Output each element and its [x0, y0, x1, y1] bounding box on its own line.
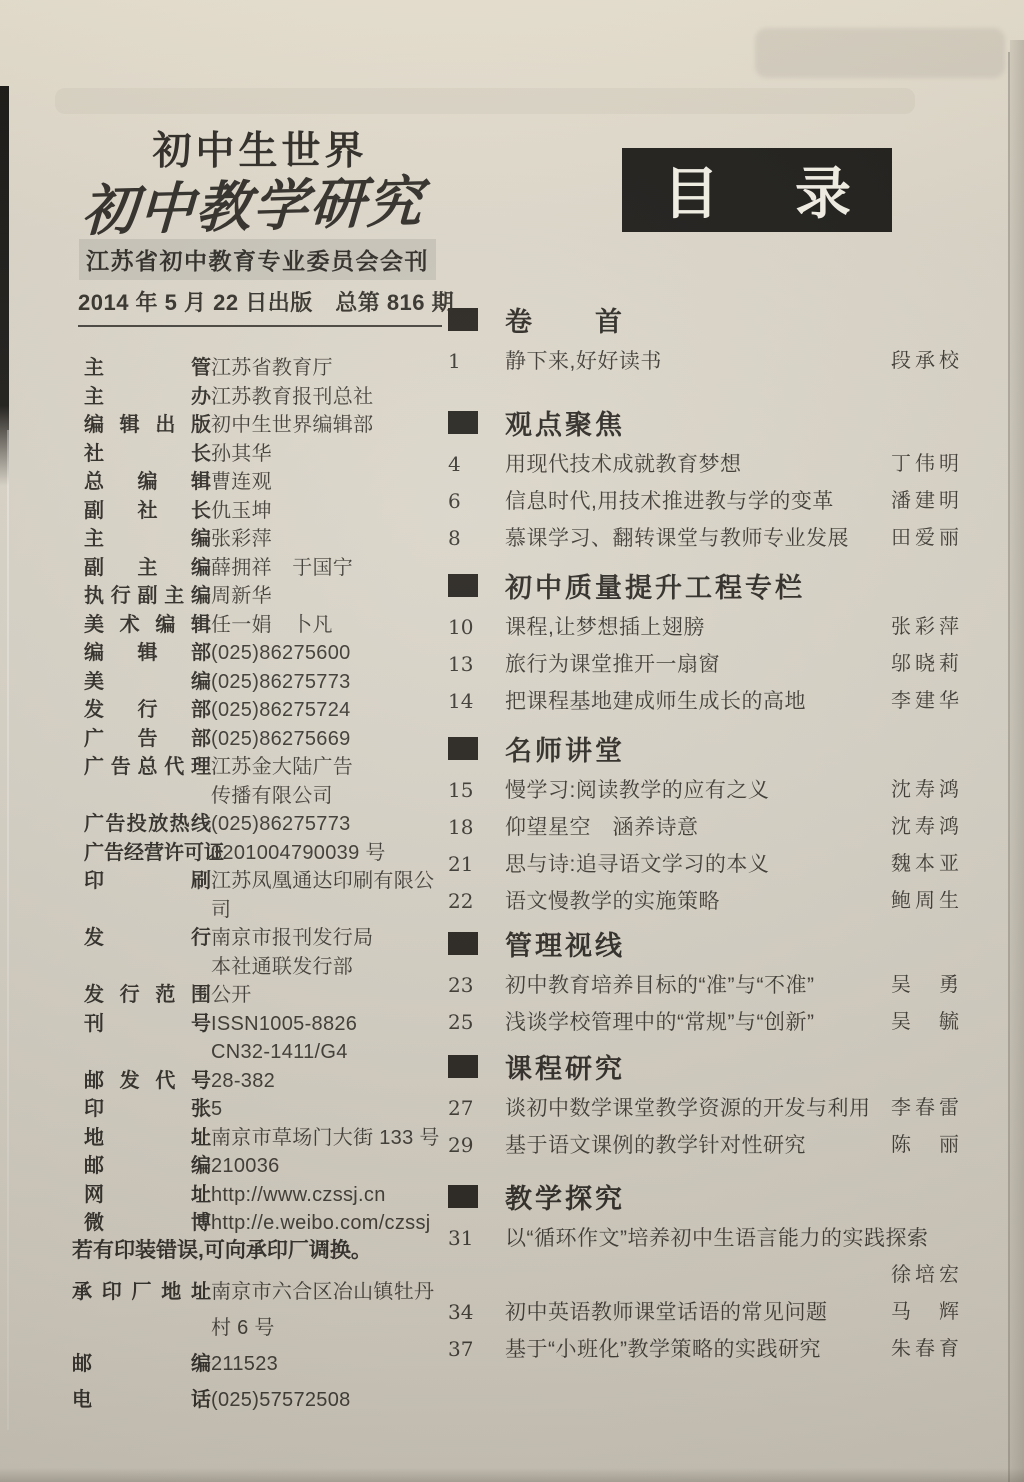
- section-items: 4 用现代技术成就教育梦想 丁伟明 6 信息时代,用技术推进教与学的变革 潘建明…: [448, 446, 993, 557]
- item-page-number: 23: [448, 967, 505, 1004]
- item-page-number: 15: [448, 772, 505, 809]
- item-author: 潘建明: [891, 483, 993, 520]
- section-title: 名师讲堂: [505, 729, 625, 768]
- masthead-value: (025)57572508: [211, 1382, 452, 1418]
- masthead-label: 网址: [84, 1181, 211, 1210]
- masthead-label: 印刷: [84, 867, 211, 924]
- masthead-value: 3201004790039 号: [211, 839, 444, 868]
- toc-item: 18 仰望星空 涵养诗意 沈寿鸿: [448, 809, 993, 846]
- masthead-value: 南京市六合区冶山镇牡丹村 6 号: [211, 1274, 452, 1346]
- section-items: 10 课程,让梦想插上翅膀 张彩萍 13 旅行为课堂推开一扇窗 邬晓莉 14 把…: [448, 609, 993, 720]
- masthead-value: 公开: [211, 981, 444, 1010]
- masthead-row: 邮编 210036: [84, 1152, 444, 1181]
- item-title: 基于“小班化”教学策略的实践研究: [505, 1331, 891, 1368]
- item-page-number: 6: [448, 483, 505, 520]
- toc-item: 14 把课程基地建成师生成长的高地 李建华: [448, 683, 993, 720]
- masthead-label: 印张: [84, 1095, 211, 1124]
- section-header: 课程研究: [448, 1047, 993, 1085]
- item-page-number: 14: [448, 683, 505, 720]
- toc-section: 教学探究 31 以“循环作文”培养初中生语言能力的实践探索 徐培宏 34 初中英…: [448, 1177, 993, 1368]
- masthead-value: 任一娟 卜凡: [211, 611, 444, 640]
- masthead-label: 广告部: [84, 725, 211, 754]
- masthead-label: 邮编: [84, 1152, 211, 1181]
- page-edge-shade: [1010, 40, 1024, 1482]
- item-page-number: 1: [448, 343, 505, 380]
- item-page-number: 8: [448, 520, 505, 557]
- masthead-label: 地址: [84, 1124, 211, 1153]
- black-square-icon: [448, 737, 478, 760]
- masthead-value: (025)86275773: [211, 810, 444, 839]
- section-items: 15 慢学习:阅读教学的应有之义 沈寿鸿 18 仰望星空 涵养诗意 沈寿鸿 21…: [448, 772, 993, 920]
- masthead-info-list: 主管 江苏省教育厅 主办 江苏教育报刊总社 编辑出版 初中生世界编辑部 社长 孙…: [84, 354, 444, 1238]
- item-page-number: 27: [448, 1090, 505, 1127]
- item-author: 吴 勇: [891, 967, 993, 1004]
- masthead-value: 211523: [211, 1346, 452, 1382]
- section-title: 初中质量提升工程专栏: [505, 566, 805, 605]
- item-title: 静下来,好好读书: [505, 343, 891, 380]
- toc-item: 1 静下来,好好读书 段承校: [448, 343, 993, 380]
- section-title: 卷 首: [505, 300, 625, 339]
- masthead-row: 发行部 (025)86275724: [84, 696, 444, 725]
- masthead-label: 总编辑: [84, 468, 211, 497]
- section-items: 27 谈初中数学课堂教学资源的开发与利用 李春雷 29 基于语文课例的教学针对性…: [448, 1090, 993, 1164]
- item-page-number: 21: [448, 846, 505, 883]
- masthead-label: 主办: [84, 383, 211, 412]
- section-items: 31 以“循环作文”培养初中生语言能力的实践探索 徐培宏 34 初中英语教师课堂…: [448, 1220, 993, 1368]
- masthead-value: 初中生世界编辑部: [211, 411, 444, 440]
- masthead-row: 广告经营许可证 3201004790039 号: [84, 839, 444, 868]
- masthead-label: 副主编: [84, 554, 211, 583]
- toc-item: 22 语文慢教学的实施策略 鲍周生: [448, 883, 993, 920]
- masthead-value: 28-382: [211, 1067, 444, 1096]
- masthead-label: 邮发代号: [84, 1067, 211, 1096]
- toc-section: 管理视线 23 初中教育培养目标的“准”与“不准” 吴 勇 25 浅谈学校管理中…: [448, 924, 993, 1041]
- masthead-row: 承印厂地址 南京市六合区冶山镇牡丹村 6 号: [72, 1274, 452, 1346]
- masthead-value: 210036: [211, 1152, 444, 1181]
- masthead-value: 江苏省教育厅: [211, 354, 444, 383]
- item-title: 谈初中数学课堂教学资源的开发与利用: [505, 1090, 891, 1127]
- item-title: 语文慢教学的实施策略: [505, 883, 891, 920]
- item-title: 初中教育培养目标的“准”与“不准”: [505, 967, 891, 1004]
- masthead-value: 南京市草场门大街 133 号: [211, 1124, 444, 1153]
- toc-item: 34 初中英语教师课堂话语的常见问题 马 辉: [448, 1294, 993, 1331]
- masthead-row: 广告部 (025)86275669: [84, 725, 444, 754]
- toc-section: 初中质量提升工程专栏 10 课程,让梦想插上翅膀 张彩萍 13 旅行为课堂推开一…: [448, 566, 993, 720]
- masthead-label: 主编: [84, 525, 211, 554]
- masthead-row: 刊号 ISSN1005-8826 CN32-1411/G4: [84, 1010, 444, 1067]
- toc-item: 6 信息时代,用技术推进教与学的变革 潘建明: [448, 483, 993, 520]
- toc-item: 27 谈初中数学课堂教学资源的开发与利用 李春雷: [448, 1090, 993, 1127]
- section-header: 管理视线: [448, 924, 993, 962]
- masthead-label: 主管: [84, 354, 211, 383]
- item-title: 信息时代,用技术推进教与学的变革: [505, 483, 891, 520]
- masthead-value: 5: [211, 1095, 444, 1124]
- masthead-label: 编辑部: [84, 639, 211, 668]
- masthead-value: (025)86275600: [211, 639, 444, 668]
- masthead-row: 副主编 薛拥祥 于国宁: [84, 554, 444, 583]
- photo-dark-edge: [0, 86, 9, 486]
- toc-header: 目 录: [622, 148, 892, 232]
- item-author: 陈 丽: [891, 1127, 993, 1164]
- masthead-row: 发行范围 公开: [84, 981, 444, 1010]
- toc-item: 23 初中教育培养目标的“准”与“不准” 吴 勇: [448, 967, 993, 1004]
- section-header: 观点聚焦: [448, 403, 993, 441]
- item-title: 基于语文课例的教学针对性研究: [505, 1127, 891, 1164]
- item-author: 马 辉: [891, 1294, 993, 1331]
- toc-column: 目 录 卷 首 1 静下来,好好读书 段承校 观点聚焦 4 用现代技术成就教育梦…: [448, 140, 993, 1470]
- toc-item: 29 基于语文课例的教学针对性研究 陈 丽: [448, 1127, 993, 1164]
- masthead-label: 广告经营许可证: [84, 839, 211, 868]
- masthead-label: 副社长: [84, 497, 211, 526]
- masthead-value: 江苏教育报刊总社: [211, 383, 444, 412]
- masthead-row: 印张 5: [84, 1095, 444, 1124]
- item-author: 沈寿鸿: [891, 772, 993, 809]
- section-title: 观点聚焦: [505, 403, 625, 442]
- item-title: 以“循环作文”培养初中生语言能力的实践探索: [505, 1220, 963, 1257]
- masthead-value: (025)86275724: [211, 696, 444, 725]
- masthead-value: 江苏金大陆广告 传播有限公司: [211, 753, 444, 810]
- item-author: 丁伟明: [891, 446, 993, 483]
- item-author: 张彩萍: [891, 609, 993, 646]
- masthead-row: 主管 江苏省教育厅: [84, 354, 444, 383]
- masthead-value: http://www.czssj.cn: [211, 1181, 444, 1210]
- black-square-icon: [448, 411, 478, 434]
- black-square-icon: [448, 1185, 478, 1208]
- item-page-number: 34: [448, 1294, 505, 1331]
- toc-section: 观点聚焦 4 用现代技术成就教育梦想 丁伟明 6 信息时代,用技术推进教与学的变…: [448, 403, 993, 557]
- item-author: 徐培宏: [448, 1257, 993, 1294]
- item-title: 旅行为课堂推开一扇窗: [505, 646, 891, 683]
- masthead-row: 广告投放热线 (025)86275773: [84, 810, 444, 839]
- black-square-icon: [448, 1055, 478, 1078]
- section-items: 1 静下来,好好读书 段承校: [448, 343, 993, 380]
- calligraphy-title: 初中教学研究: [80, 157, 449, 246]
- printer-info-list: 承印厂地址 南京市六合区冶山镇牡丹村 6 号 邮编 211523 电话 (025…: [72, 1274, 452, 1418]
- masthead-label: 发行部: [84, 696, 211, 725]
- section-header: 初中质量提升工程专栏: [448, 566, 993, 604]
- masthead-row: 执行副主编 周新华: [84, 582, 444, 611]
- section-header: 卷 首: [448, 300, 993, 338]
- masthead-label: 社长: [84, 440, 211, 469]
- section-header: 名师讲堂: [448, 729, 993, 767]
- masthead-row: 美术编辑 任一娟 卜凡: [84, 611, 444, 640]
- item-title: 课程,让梦想插上翅膀: [505, 609, 891, 646]
- toc-item: 21 思与诗:追寻语文学习的本义 魏本亚: [448, 846, 993, 883]
- masthead-value: 曹连观: [211, 468, 444, 497]
- masthead-value: 薛拥祥 于国宁: [211, 554, 444, 583]
- masthead-label: 发行: [84, 924, 211, 981]
- masthead-row: 广告总代理 江苏金大陆广告 传播有限公司: [84, 753, 444, 810]
- item-title: 用现代技术成就教育梦想: [505, 446, 891, 483]
- masthead-row: 副社长 仇玉坤: [84, 497, 444, 526]
- item-page-number: 29: [448, 1127, 505, 1164]
- masthead-row: 主办 江苏教育报刊总社: [84, 383, 444, 412]
- print-showthrough-smudge: [755, 28, 1005, 78]
- masthead-row: 印刷 江苏凤凰通达印刷有限公司: [84, 867, 444, 924]
- masthead-row: 网址 http://www.czssj.cn: [84, 1181, 444, 1210]
- masthead-label: 编辑出版: [84, 411, 211, 440]
- item-author: 邬晓莉: [891, 646, 993, 683]
- toc-item: 4 用现代技术成就教育梦想 丁伟明: [448, 446, 993, 483]
- toc-item: 25 浅谈学校管理中的“常规”与“创新” 吴 毓: [448, 1004, 993, 1041]
- item-author: 李建华: [891, 683, 993, 720]
- item-page-number: 37: [448, 1331, 505, 1368]
- toc-section: 卷 首 1 静下来,好好读书 段承校: [448, 300, 993, 380]
- black-square-icon: [448, 932, 478, 955]
- masthead-row: 主编 张彩萍: [84, 525, 444, 554]
- item-author: 鲍周生: [891, 883, 993, 920]
- item-page-number: 10: [448, 609, 505, 646]
- masthead-value: 周新华: [211, 582, 444, 611]
- item-page-number: 4: [448, 446, 505, 483]
- masthead-row: 美编 (025)86275773: [84, 668, 444, 697]
- paper-crease: [7, 430, 9, 1430]
- toc-section: 课程研究 27 谈初中数学课堂教学资源的开发与利用 李春雷 29 基于语文课例的…: [448, 1047, 993, 1164]
- masthead-label: 执行副主编: [84, 582, 211, 611]
- masthead-value: ISSN1005-8826 CN32-1411/G4: [211, 1010, 444, 1067]
- item-author: [963, 1220, 993, 1257]
- toc-item: 10 课程,让梦想插上翅膀 张彩萍: [448, 609, 993, 646]
- item-author: 田爱丽: [891, 520, 993, 557]
- masthead-value: 仇玉坤: [211, 497, 444, 526]
- item-title: 初中英语教师课堂话语的常见问题: [505, 1294, 891, 1331]
- item-title: 慕课学习、翻转课堂与教师专业发展: [505, 520, 891, 557]
- item-author: 李春雷: [891, 1090, 993, 1127]
- masthead-label: 美编: [84, 668, 211, 697]
- masthead-label: 承印厂地址: [72, 1274, 211, 1346]
- toc-item: 15 慢学习:阅读教学的应有之义 沈寿鸿: [448, 772, 993, 809]
- item-title: 慢学习:阅读教学的应有之义: [505, 772, 891, 809]
- masthead-label: 电话: [72, 1382, 211, 1418]
- item-title: 思与诗:追寻语文学习的本义: [505, 846, 891, 883]
- masthead-row: 邮编 211523: [72, 1346, 452, 1382]
- item-page-number: 25: [448, 1004, 505, 1041]
- masthead-value: (025)86275773: [211, 668, 444, 697]
- item-title: 把课程基地建成师生成长的高地: [505, 683, 891, 720]
- masthead-label: 美术编辑: [84, 611, 211, 640]
- masthead-row: 社长 孙其华: [84, 440, 444, 469]
- section-title: 管理视线: [505, 924, 625, 963]
- society-line: 江苏省初中教育专业委员会会刊: [79, 239, 436, 280]
- masthead-value: 孙其华: [211, 440, 444, 469]
- magazine-toc-photo: { "masthead": { "magazine_title": "初中生世界…: [0, 0, 1024, 1482]
- section-items: 23 初中教育培养目标的“准”与“不准” 吴 勇 25 浅谈学校管理中的“常规”…: [448, 967, 993, 1041]
- item-author: 魏本亚: [891, 846, 993, 883]
- black-square-icon: [448, 308, 478, 331]
- toc-section: 名师讲堂 15 慢学习:阅读教学的应有之义 沈寿鸿 18 仰望星空 涵养诗意 沈…: [448, 729, 993, 920]
- masthead-value: 张彩萍: [211, 525, 444, 554]
- masthead-label: 刊号: [84, 1010, 211, 1067]
- item-author: 沈寿鸿: [891, 809, 993, 846]
- misprint-notice: 若有印装错误,可向承印厂调换。: [72, 1234, 452, 1264]
- masthead-row: 邮发代号 28-382: [84, 1067, 444, 1096]
- masthead-row: 地址 南京市草场门大街 133 号: [84, 1124, 444, 1153]
- toc-item: 31 以“循环作文”培养初中生语言能力的实践探索: [448, 1220, 993, 1257]
- masthead-label: 广告投放热线: [84, 810, 211, 839]
- item-page-number: 18: [448, 809, 505, 846]
- section-title: 教学探究: [505, 1177, 625, 1216]
- masthead-label: 发行范围: [84, 981, 211, 1010]
- item-author: 朱春育: [891, 1331, 993, 1368]
- masthead-label: 广告总代理: [84, 753, 211, 810]
- item-author: 吴 毓: [891, 1004, 993, 1041]
- page-edge-line: [1008, 52, 1010, 1482]
- black-square-icon: [448, 574, 478, 597]
- toc-item: 37 基于“小班化”教学策略的实践研究 朱春育: [448, 1331, 993, 1368]
- masthead-value: 南京市报刊发行局 本社通联发行部: [211, 924, 444, 981]
- masthead-row: 编辑部 (025)86275600: [84, 639, 444, 668]
- masthead-value: (025)86275669: [211, 725, 444, 754]
- masthead-label: 邮编: [72, 1346, 211, 1382]
- toc-item: 13 旅行为课堂推开一扇窗 邬晓莉: [448, 646, 993, 683]
- print-showthrough-smudge: [55, 88, 915, 114]
- section-header: 教学探究: [448, 1177, 993, 1215]
- masthead-row: 总编辑 曹连观: [84, 468, 444, 497]
- item-title: 仰望星空 涵养诗意: [505, 809, 891, 846]
- item-page-number: 13: [448, 646, 505, 683]
- item-page-number: 22: [448, 883, 505, 920]
- item-page-number: 31: [448, 1220, 505, 1257]
- masthead-row: 编辑出版 初中生世界编辑部: [84, 411, 444, 440]
- item-author: 段承校: [891, 343, 993, 380]
- issue-date-line: 2014 年 5 月 22 日出版 总第 816 期: [78, 286, 442, 327]
- toc-item: 8 慕课学习、翻转课堂与教师专业发展 田爱丽: [448, 520, 993, 557]
- section-title: 课程研究: [505, 1047, 625, 1086]
- masthead-value: 江苏凤凰通达印刷有限公司: [211, 867, 444, 924]
- masthead-row: 发行 南京市报刊发行局 本社通联发行部: [84, 924, 444, 981]
- masthead-row: 电话 (025)57572508: [72, 1382, 452, 1418]
- item-title: 浅谈学校管理中的“常规”与“创新”: [505, 1004, 891, 1041]
- photo-bottom-shadow: [0, 1468, 1024, 1482]
